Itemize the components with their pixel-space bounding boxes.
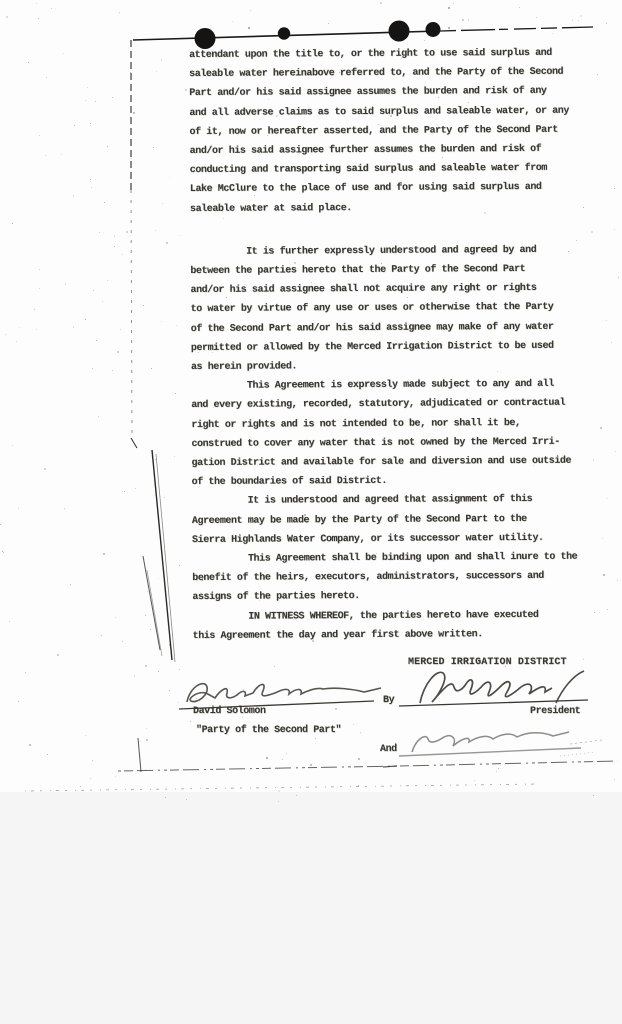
president-title: President bbox=[530, 706, 580, 717]
agreement-body-text: attendant upon the title to, or the righ… bbox=[189, 43, 603, 646]
scanner-background bbox=[0, 792, 622, 1024]
by-label: By bbox=[383, 695, 394, 706]
and-label: And bbox=[380, 744, 397, 755]
paragraph-assignment: It is understood and agreed that assignm… bbox=[192, 490, 602, 550]
paragraph-surplus-water-risk: attendant upon the title to, or the righ… bbox=[189, 43, 600, 218]
second-party-role: "Party of the Second Part" bbox=[196, 725, 341, 736]
second-party-typed-name: David Solomon bbox=[193, 706, 266, 717]
paragraph-subject-to-rights: This Agreement is expressly made subject… bbox=[191, 375, 602, 493]
paragraph-binding-heirs: This Agreement shall be binding upon and… bbox=[192, 548, 602, 608]
paragraph-no-rights-acquired: It is further expressly understood and a… bbox=[190, 240, 601, 377]
district-name: MERCED IRRIGATION DISTRICT bbox=[408, 657, 567, 668]
paragraph-in-witness: IN WITNESS WHEREOF, the parties hereto h… bbox=[192, 605, 602, 646]
scanned-agreement-screenshot: { "doc": { "paragraphs": [ "attendant up… bbox=[0, 0, 622, 1024]
